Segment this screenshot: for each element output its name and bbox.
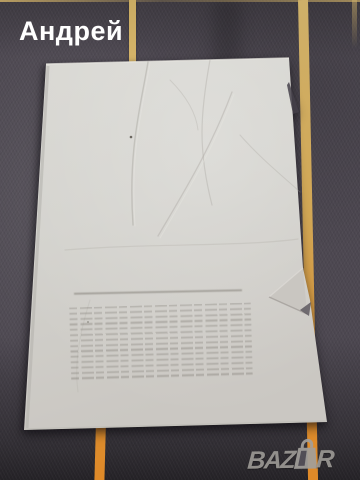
paper-booklet <box>0 0 360 480</box>
text-showthrough-block <box>69 302 253 381</box>
bazar-logo-text-left: BAZ <box>247 449 295 470</box>
listing-photo: Андрей BAZ R <box>0 0 360 480</box>
bazar-logo: BAZ R <box>247 435 335 470</box>
seller-watermark: Андрей <box>19 16 123 47</box>
bazar-logo-text-right: R <box>316 449 334 470</box>
